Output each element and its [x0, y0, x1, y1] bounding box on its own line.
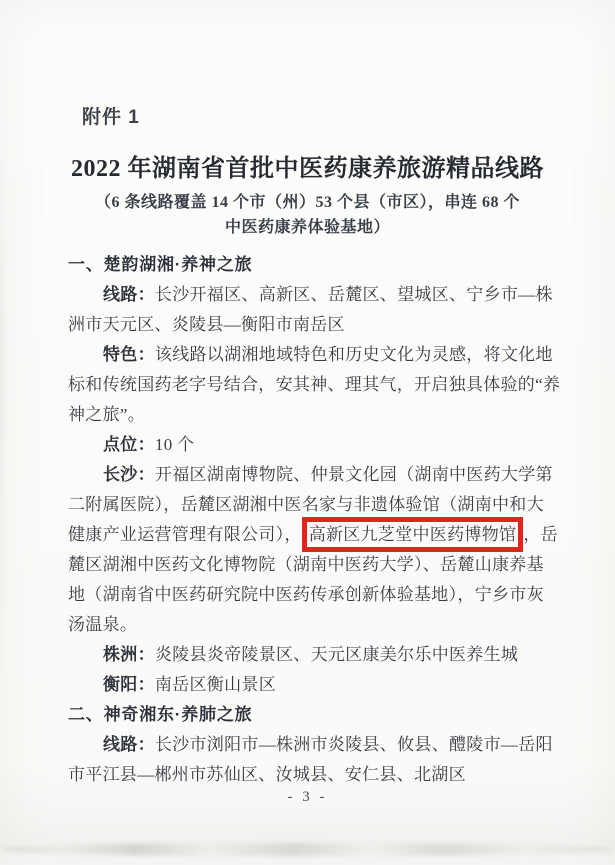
text-line: 地（湖南省中医药研究院中医药传承创新体验基地），宁乡市灰	[68, 580, 563, 610]
line-label: 点位：	[103, 435, 155, 454]
text-line: 衡阳：南岳区衡山景区	[68, 670, 563, 700]
text-line: 神之旅”。	[68, 400, 563, 430]
line-text: 开福区湖南博物院、仲景文化园（湖南中医药大学第	[155, 465, 553, 484]
text-line: 线路：长沙开福区、高新区、岳麓区、望城区、宁乡市—株	[68, 280, 563, 310]
red-annotation-box: 高新区九芝堂中医药博物馆	[302, 517, 524, 552]
section-heading: 二、神奇湘东·养肺之旅	[68, 700, 563, 730]
scan-artifact-left-edge	[0, 120, 4, 720]
text-line: 线路：长沙市浏阳市—株洲市炎陵县、攸县、醴陵市—岳阳	[68, 730, 563, 760]
text-line: 特色：该线路以湖湘地域特色和历史文化为灵感，将文化地	[68, 340, 563, 370]
line-text: 二、神奇湘东·养肺之旅	[68, 705, 252, 724]
scanned-document-page: 附件 1 2022 年湖南省首批中医药康养旅游精品线路 （6 条线路覆盖 14 …	[0, 0, 615, 865]
line-text: 炎陵县炎帝陵景区、天元区康美尔乐中医养生城	[155, 645, 518, 664]
line-text: 长沙开福区、高新区、岳麓区、望城区、宁乡市—株	[155, 285, 553, 304]
text-line: 点位：10 个	[68, 430, 563, 460]
line-text: 市平江县—郴州市苏仙区、汝城县、安仁县、北湖区	[68, 765, 466, 784]
line-text: 该线路以湖湘地域特色和历史文化为灵感，将文化地	[155, 345, 553, 364]
line-label: 长沙：	[103, 465, 155, 484]
line-text: 一、楚韵湖湘·养神之旅	[68, 255, 252, 274]
line-text: 洲市天元区、炎陵县—衡阳市南岳区	[68, 315, 345, 334]
document-body: 一、楚韵湖湘·养神之旅线路：长沙开福区、高新区、岳麓区、望城区、宁乡市—株洲市天…	[68, 250, 563, 790]
line-text: 二附属医院），岳麓区湖湘中医名家与非遗体验馆（湖南中和大	[68, 495, 544, 514]
scan-artifact-bottom-smudge	[0, 843, 615, 856]
line-text: 健康产业运营管理有限公司），	[68, 525, 302, 544]
line-label: 株洲：	[103, 645, 155, 664]
text-line: 洲市天元区、炎陵县—衡阳市南岳区	[68, 310, 563, 340]
attachment-label: 附件 1	[82, 102, 140, 129]
text-line: 株洲：炎陵县炎帝陵景区、天元区康美尔乐中医养生城	[68, 640, 563, 670]
line-text: 汤温泉。	[68, 615, 137, 634]
text-line: 二附属医院），岳麓区湖湘中医名家与非遗体验馆（湖南中和大	[68, 490, 563, 520]
text-line: 汤温泉。	[68, 610, 563, 640]
line-label: 特色：	[103, 345, 155, 364]
line-label: 线路：	[103, 735, 155, 754]
line-text: 地（湖南省中医药研究院中医药传承创新体验基地），宁乡市灰	[68, 585, 544, 604]
document-subtitle: （6 条线路覆盖 14 个市（州）53 个县（市区），串连 68 个 中医药康养…	[0, 190, 615, 240]
line-label: 衡阳：	[103, 675, 155, 694]
line-text: 神之旅”。	[68, 405, 145, 424]
line-text: 标和传统国药老字号结合，安其神、理其气，开启独具体验的“养	[68, 375, 560, 394]
line-text: ，岳	[523, 525, 558, 544]
line-label: 线路：	[103, 285, 155, 304]
document-title: 2022 年湖南省首批中医药康养旅游精品线路	[0, 148, 615, 183]
text-line: 标和传统国药老字号结合，安其神、理其气，开启独具体验的“养	[68, 370, 563, 400]
text-line: 健康产业运营管理有限公司），高新区九芝堂中医药博物馆，岳	[68, 520, 563, 550]
line-text: 长沙市浏阳市—株洲市炎陵县、攸县、醴陵市—岳阳	[155, 735, 553, 754]
line-text: 麓区湖湘中医药文化博物院（湖南中医药大学）、岳麓山康养基	[68, 555, 544, 574]
line-text: 10 个	[155, 435, 194, 454]
subtitle-line-2: 中医药康养体验基地）	[0, 215, 615, 240]
subtitle-line-1: （6 条线路覆盖 14 个市（州）53 个县（市区），串连 68 个	[0, 190, 615, 215]
text-line: 麓区湖湘中医药文化博物院（湖南中医药大学）、岳麓山康养基	[68, 550, 563, 580]
section-heading: 一、楚韵湖湘·养神之旅	[68, 250, 563, 280]
line-text: 南岳区衡山景区	[155, 675, 276, 694]
text-line: 长沙：开福区湖南博物院、仲景文化园（湖南中医药大学第	[68, 460, 563, 490]
page-number: - 3 -	[0, 789, 615, 806]
text-line: 市平江县—郴州市苏仙区、汝城县、安仁县、北湖区	[68, 760, 563, 790]
